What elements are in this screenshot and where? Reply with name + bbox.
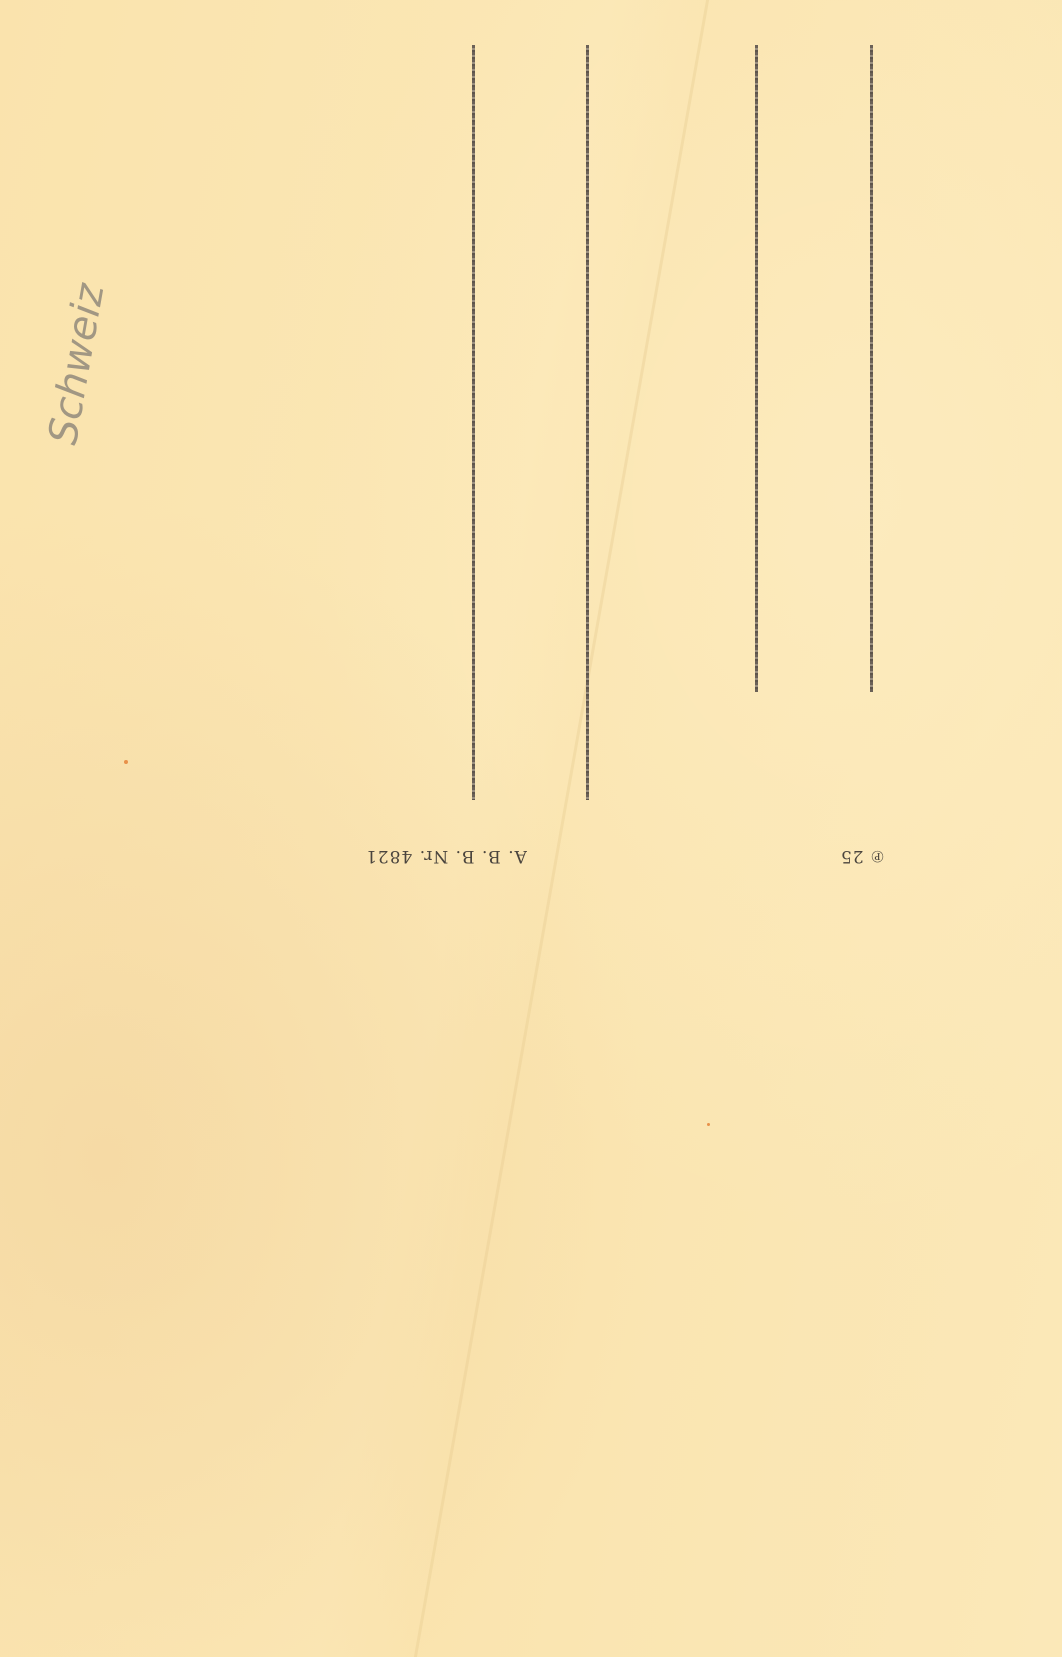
paper-speck [124,760,128,764]
pencil-note: Schweiz [40,280,113,448]
postcard-back: A. B. B. Nr. 4821 ℗ 25 Schweiz [0,0,1062,1657]
divider-line-1 [472,45,475,800]
address-line-2 [870,45,873,692]
paper-speck [707,1123,710,1126]
publisher-line: A. B. B. Nr. 4821 [365,846,527,866]
divider-line-2 [586,45,589,800]
paper-crease [414,0,709,1657]
code-mark: ℗ 25 [840,846,884,866]
address-line-1 [755,45,758,692]
